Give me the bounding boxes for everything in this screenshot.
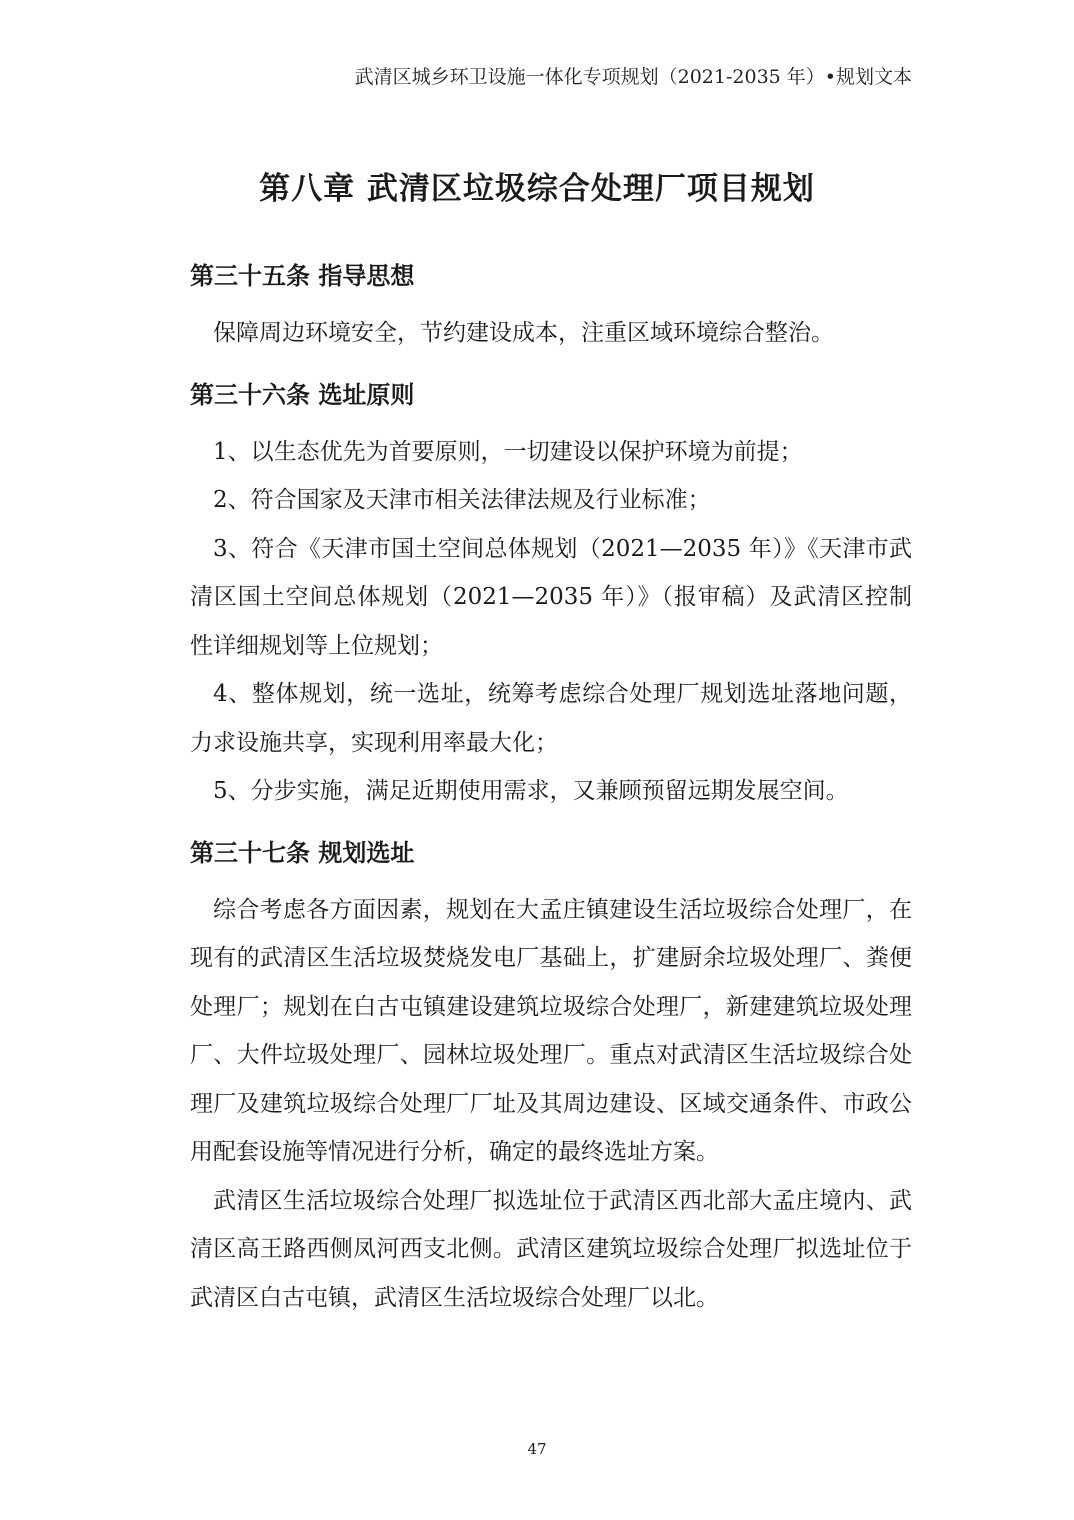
list-item: 4、整体规划，统一选址，统筹考虑综合处理厂规划选址落地问题，力求设施共享，实现利… [190, 670, 912, 767]
article-heading: 第三十五条 指导思想 [190, 255, 912, 297]
chapter-title: 第八章 武清区垃圾综合处理厂项目规划 [0, 163, 1074, 208]
list-item: 1、以生态优先为首要原则，一切建设以保护环境为前提； [190, 428, 912, 477]
article-heading: 第三十六条 选址原则 [190, 374, 912, 416]
paragraph: 综合考虑各方面因素，规划在大孟庄镇建设生活垃圾综合处理厂，在现有的武清区生活垃圾… [190, 886, 912, 1177]
page-number: 47 [0, 1440, 1074, 1458]
paragraph: 保障周边环境安全，节约建设成本，注重区域环境综合整治。 [190, 309, 912, 358]
list-item: 2、符合国家及天津市相关法律法规及行业标准； [190, 476, 912, 525]
list-item: 5、分步实施，满足近期使用需求，又兼顾预留远期发展空间。 [190, 767, 912, 816]
list-item: 3、符合《天津市国土空间总体规划（2021—2035 年）》《天津市武清区国土空… [190, 525, 912, 671]
document-body: 第三十五条 指导思想 保障周边环境安全，节约建设成本，注重区域环境综合整治。 第… [190, 255, 912, 1322]
article-heading: 第三十七条 规划选址 [190, 832, 912, 874]
running-header: 武清区城乡环卫设施一体化专项规划（2021-2035 年）•规划文本 [355, 62, 912, 89]
paragraph: 武清区生活垃圾综合处理厂拟选址位于武清区西北部大孟庄境内、武清区高王路西侧凤河西… [190, 1177, 912, 1323]
